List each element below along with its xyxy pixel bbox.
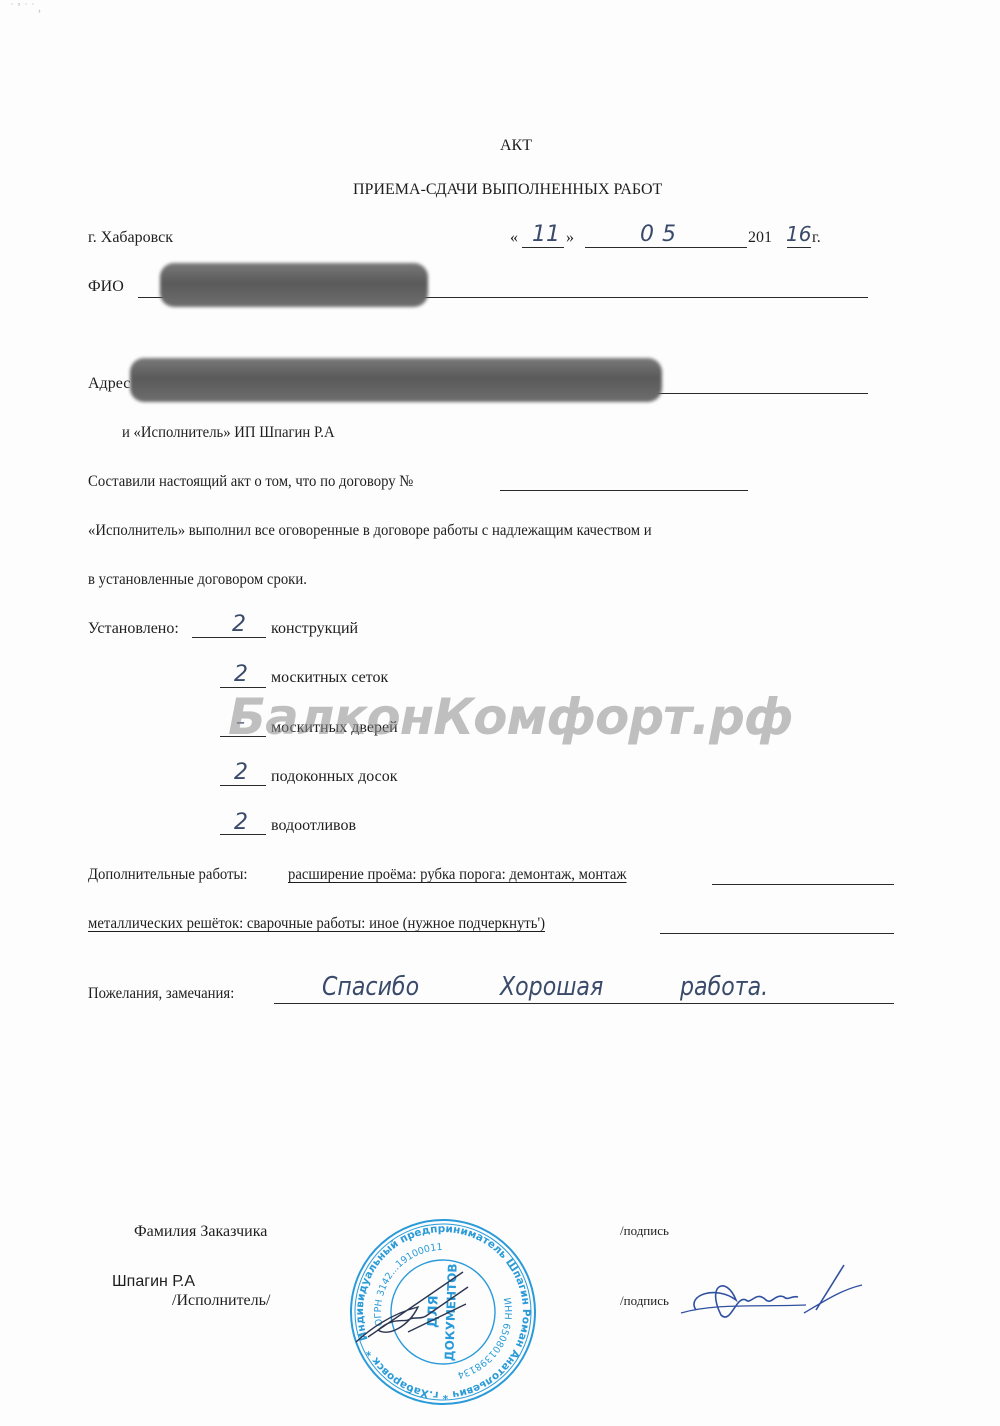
- fio-label: ФИО: [88, 278, 124, 296]
- executor-name: Шпагин Р.А: [112, 1273, 195, 1291]
- date-close-quote: »: [566, 229, 574, 247]
- installed-item-label: конструкций: [271, 620, 358, 638]
- remarks-word: Спасибо: [322, 972, 419, 1002]
- installed-count-line: [220, 785, 266, 786]
- document-title: АКТ: [500, 137, 532, 155]
- scan-artifact: ˙ ʼ ˙ ˙ ,: [10, 0, 41, 15]
- installed-count-line: [192, 637, 266, 638]
- extra-works-line2: металлических решёток: сварочные работы:…: [88, 915, 545, 933]
- executor-role: /Исполнитель/: [172, 1292, 270, 1310]
- installed-count[interactable]: 2: [234, 810, 248, 835]
- extra-works-label: Дополнительные работы:: [88, 866, 248, 884]
- customer-signature-label: /подпись: [620, 1223, 669, 1239]
- date-year-line: [787, 247, 811, 248]
- executor-line: и «Исполнитель» ИП Шпагин Р.А: [122, 424, 335, 442]
- date-month-value[interactable]: 05: [640, 222, 684, 247]
- remarks-word: Хорошая: [500, 972, 603, 1002]
- watermark: БалконКомфорт.рф: [228, 688, 793, 746]
- executor-signature-label: /подпись: [620, 1293, 669, 1309]
- installed-count[interactable]: 2: [232, 612, 246, 637]
- contract-number-line: [500, 490, 748, 491]
- extra-works-blank-2: [660, 933, 894, 934]
- installed-item-label: москитных сеток: [271, 669, 388, 687]
- date-year-unit: г.: [812, 229, 821, 247]
- installed-label: Установлено:: [88, 620, 179, 638]
- company-stamp: Индивидуальный предприниматель Шпагин Ро…: [348, 1212, 538, 1412]
- installed-item-label: подоконных досок: [271, 768, 398, 786]
- fio-redaction: [160, 263, 428, 307]
- remarks-label: Пожелания, замечания:: [88, 985, 234, 1003]
- document-subtitle: ПРИЕМА-СДАЧИ ВЫПОЛНЕННЫХ РАБОТ: [353, 181, 662, 199]
- remarks-line: [274, 1003, 894, 1004]
- date-open-quote: «: [510, 229, 518, 247]
- installed-item-label: водоотливов: [271, 817, 356, 835]
- paragraph-contract: Составили настоящий акт о том, что по до…: [88, 473, 413, 491]
- paragraph-quality: «Исполнитель» выполнил все оговоренные в…: [88, 522, 652, 540]
- customer-surname-label: Фамилия Заказчика: [134, 1223, 267, 1241]
- date-day-value[interactable]: 11: [532, 222, 560, 247]
- city: г. Хабаровск: [88, 229, 173, 247]
- remarks-word: работа.: [680, 972, 768, 1002]
- extra-works-line1: расширение проёма: рубка порога: демонта…: [288, 866, 627, 884]
- address-label: Адрес: [88, 375, 130, 393]
- executor-signature: [676, 1255, 866, 1335]
- address-redaction: [130, 358, 662, 402]
- installed-count[interactable]: 2: [234, 662, 248, 687]
- stamp-center-line2: ДОКУМЕНТОВ: [442, 1263, 459, 1361]
- date-month-line: [585, 247, 747, 248]
- extra-works-blank-1: [712, 884, 894, 885]
- installed-count[interactable]: 2: [234, 760, 248, 785]
- date-year-prefix: 201: [748, 229, 772, 247]
- paragraph-deadlines: в установленные договором сроки.: [88, 571, 307, 589]
- date-year-suffix[interactable]: 16: [786, 222, 811, 246]
- date-day-line: [522, 247, 564, 248]
